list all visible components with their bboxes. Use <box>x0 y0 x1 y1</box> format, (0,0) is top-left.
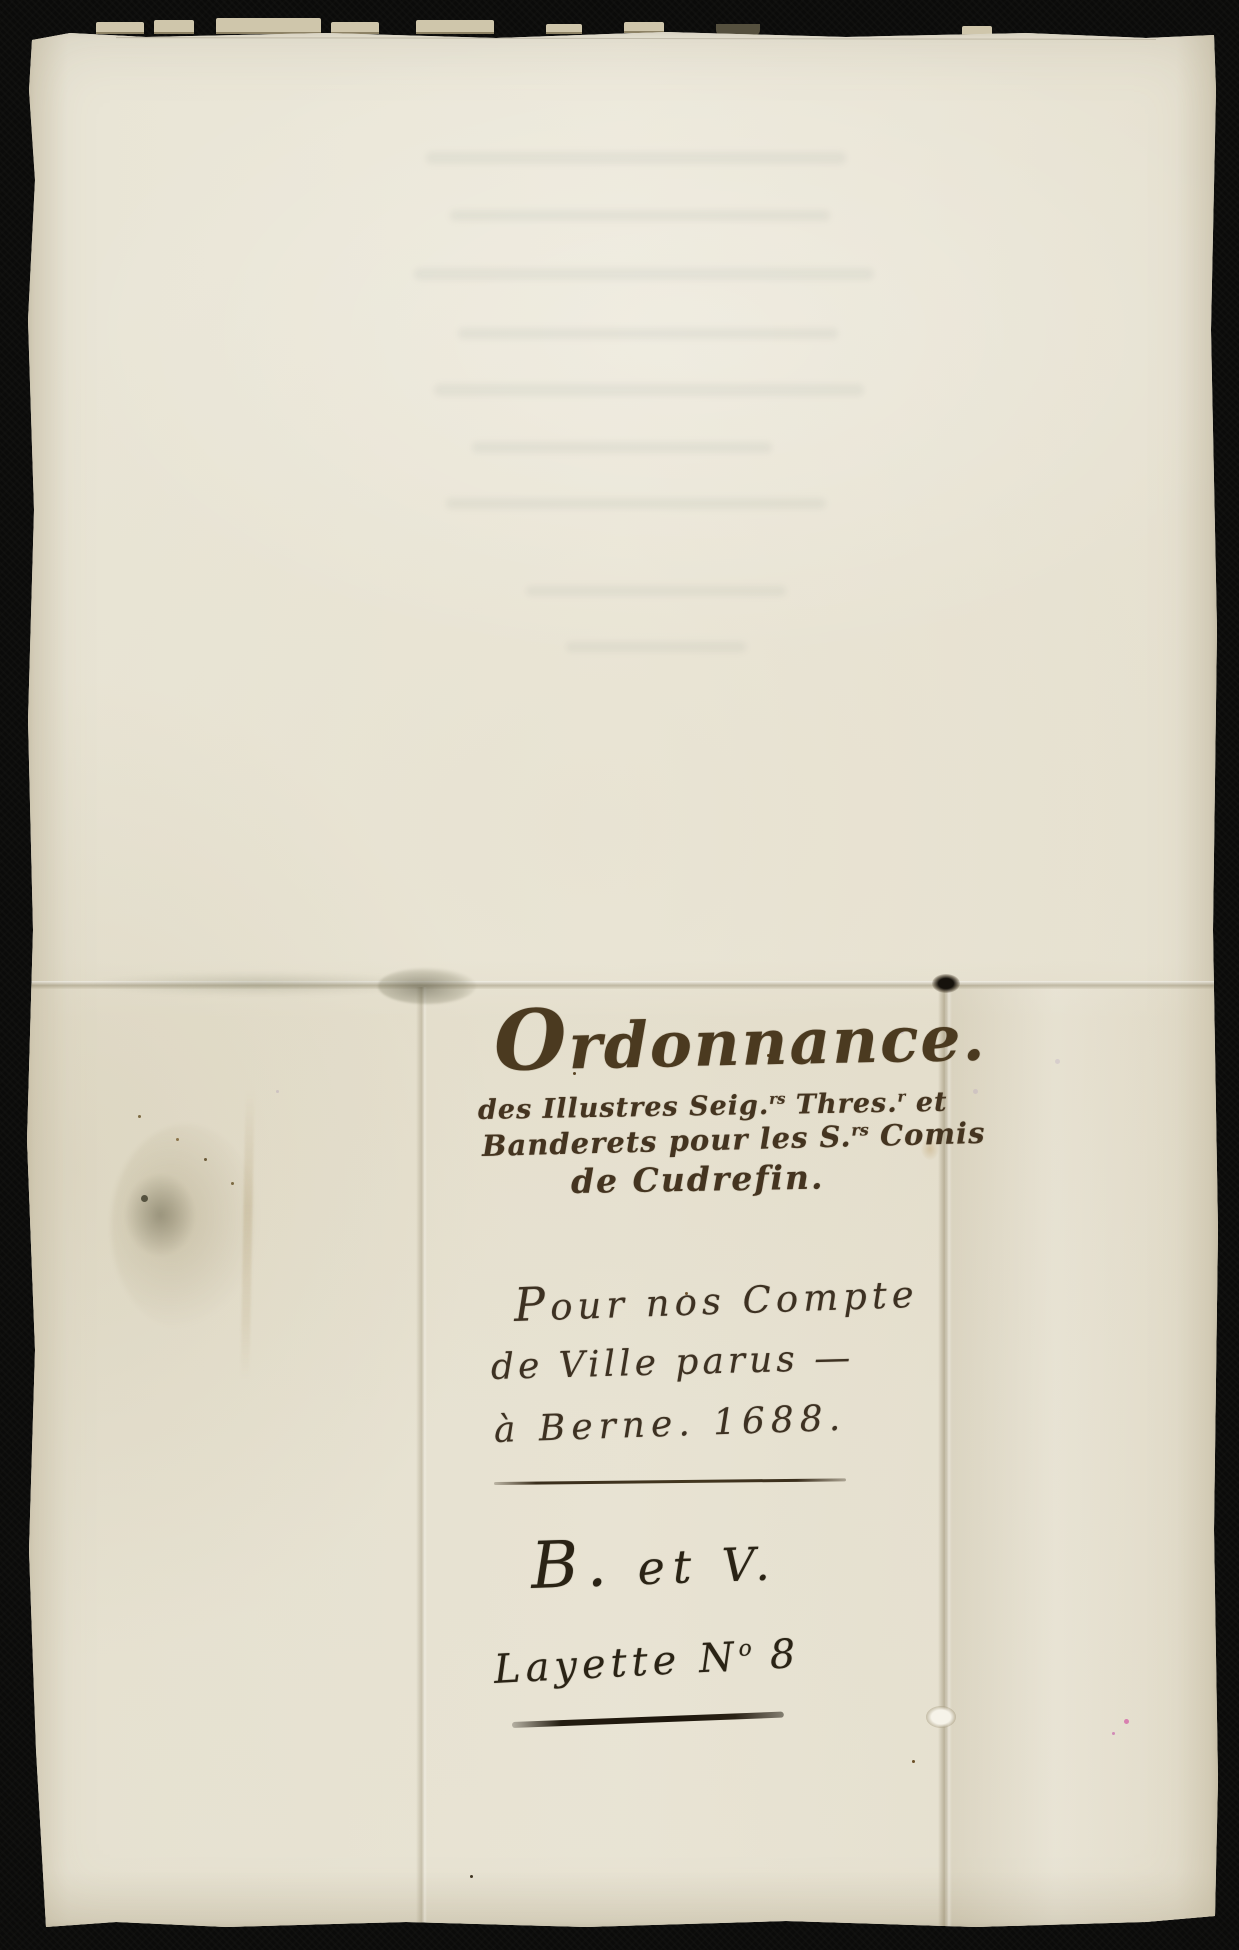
torn-edge-fragment <box>331 22 379 34</box>
top-edge-crease <box>116 37 1156 40</box>
shelfmark-initials: B. et V. <box>530 1526 779 1599</box>
note-underline <box>494 1478 846 1485</box>
title-line2-text: des Illustres Seig. <box>478 1090 770 1126</box>
torn-edge-fragment <box>96 22 144 34</box>
torn-edge-fragment <box>216 18 321 34</box>
shelfmark-layette: Layette No 8 <box>493 1634 801 1690</box>
superscript-abbreviation: rs <box>851 1120 869 1139</box>
archive-photo-backdrop: Ordonnance. des Illustres Seig.rs Thres.… <box>0 0 1239 1950</box>
title-line2-text: et <box>905 1087 948 1119</box>
title-line-cudrefin: de Cudrefin. <box>571 1161 825 1198</box>
fold-intersection-smudge <box>378 968 476 1004</box>
superscript-abbreviation: rs <box>769 1090 785 1108</box>
torn-edge-fragment <box>154 20 194 34</box>
torn-edge-fragment <box>546 24 582 34</box>
ink-specks <box>26 30 29 33</box>
right-fold-column-shading <box>946 985 1218 1928</box>
shelfmark-text: 8 <box>751 1631 802 1679</box>
title-line-ordonnance: Ordonnance. <box>493 990 987 1083</box>
left-vertical-fold-crease <box>416 987 427 1928</box>
torn-edge-fragment <box>624 22 664 33</box>
title-line3-text: Banderets pour les S. <box>482 1119 852 1163</box>
torn-edge-fragment <box>416 20 494 34</box>
note-line-3: à Berne. 1688. <box>493 1401 846 1449</box>
title-line2-text: Thres. <box>785 1088 898 1121</box>
shelfmark-text: Layette N <box>493 1634 740 1693</box>
stain-patch-dark <box>124 1173 196 1257</box>
shelfmark-underline <box>512 1712 784 1728</box>
title-line-banderets: Banderets pour les S.rs Comis <box>482 1119 986 1161</box>
paper-chip-loss <box>926 1706 956 1728</box>
title-line3-text: Comis <box>868 1116 985 1153</box>
note-line-2: de Ville parus — <box>491 1340 855 1385</box>
manuscript-verso-page: Ordonnance. des Illustres Seig.rs Thres.… <box>26 30 1218 1928</box>
note-line-1: Pour nos Compte <box>513 1268 919 1328</box>
